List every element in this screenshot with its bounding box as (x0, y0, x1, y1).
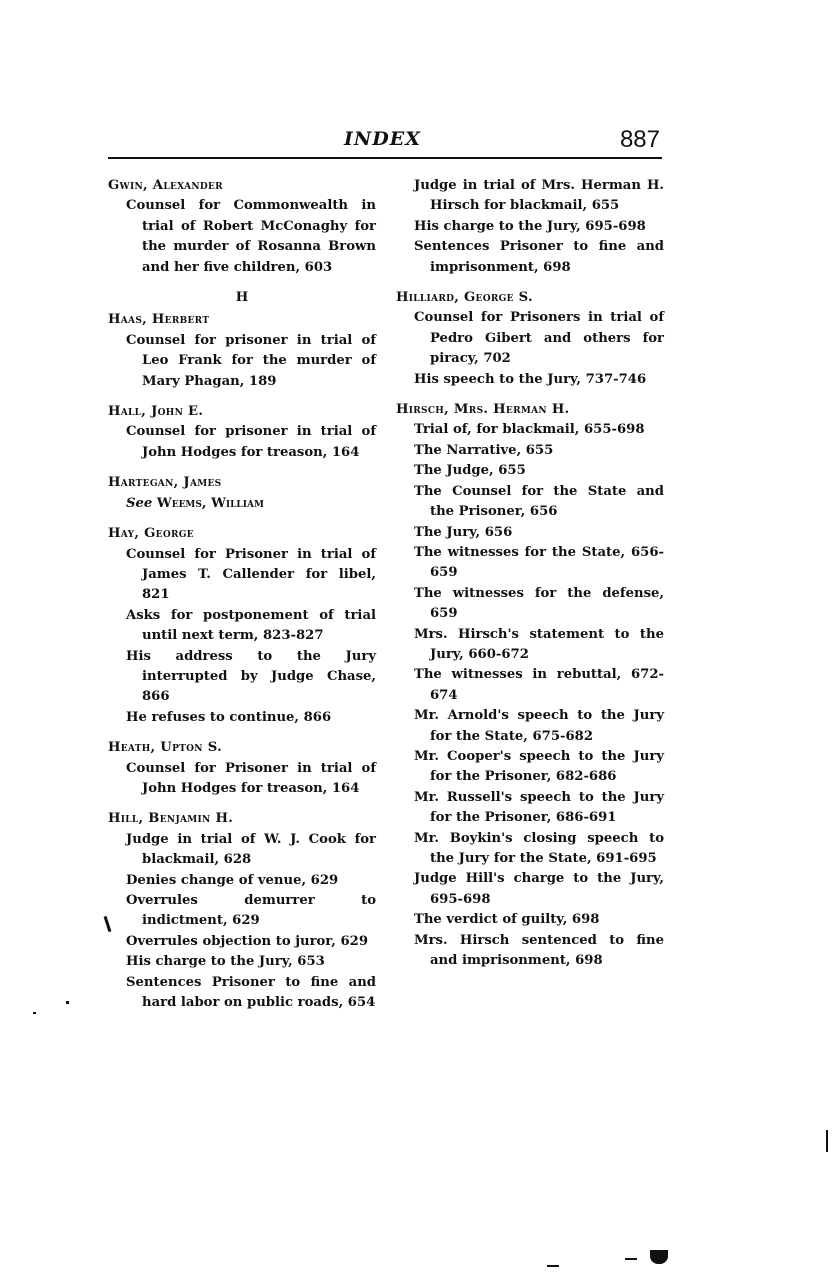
entry-subitem: Counsel for Prisoner in trial of John Ho… (108, 759, 376, 800)
entry-subitem: Judge in trial of W. J. Cook for blackma… (108, 830, 376, 871)
entry-subitem: The witnesses for the defense, 659 (396, 584, 664, 625)
see-label: See (126, 496, 152, 511)
entry-heading: Hirsch, Mrs. Herman H. (396, 400, 664, 420)
entry-heading: Heath, Upton S. (108, 738, 376, 758)
entry-subitem: His speech to the Jury, 737-746 (396, 370, 664, 390)
index-entry-hilliard: Hilliard, George S. Counsel for Prisoner… (396, 288, 664, 390)
header-rule (108, 157, 662, 159)
index-entry-heath: Heath, Upton S. Counsel for Prisoner in … (108, 738, 376, 799)
entry-heading: Hartegan, James (108, 473, 376, 493)
entry-subitem: Asks for postponement of trial until nex… (108, 606, 376, 647)
scan-speck (547, 1265, 559, 1267)
entry-subitem: Mrs. Hirsch sentenced to fine and impris… (396, 931, 664, 972)
entry-subitem: Counsel for Prisoners in trial of Pedro … (396, 308, 664, 369)
scan-speck (625, 1258, 637, 1260)
page-header: INDEX 887 (108, 128, 664, 158)
entry-subitem: Mr. Cooper's speech to the Jury for the … (396, 747, 664, 788)
entry-heading: Hay, George (108, 524, 376, 544)
entry-subitem: Counsel for prisoner in trial of John Ho… (108, 422, 376, 463)
cross-reference: See Weems, William (108, 494, 376, 514)
entry-heading: Gwin, Alexander (108, 176, 376, 196)
entry-subitem: Sentences Prisoner to fine and hard labo… (108, 973, 376, 1014)
index-entry-hall: Hall, John E. Counsel for prisoner in tr… (108, 402, 376, 463)
scan-blot (650, 1250, 668, 1264)
entry-subitem: Mr. Arnold's speech to the Jury for the … (396, 706, 664, 747)
entry-subitem: He refuses to continue, 866 (108, 708, 376, 728)
entry-subitem: Counsel for Prisoner in trial of James T… (108, 545, 376, 606)
index-entry-hill-continued: Judge in trial of Mrs. Herman H. Hirsch … (396, 176, 664, 278)
entry-subitem: Counsel for prisoner in trial of Leo Fra… (108, 331, 376, 392)
index-entry-hill: Hill, Benjamin H. Judge in trial of W. J… (108, 809, 376, 1013)
entry-subitem: His charge to the Jury, 695-698 (396, 217, 664, 237)
page-number: 887 (620, 126, 660, 154)
entry-subitem: Overrules demurrer to indictment, 629 (108, 891, 376, 932)
see-target: Weems, William (157, 496, 264, 511)
entry-subitem: The Jury, 656 (396, 523, 664, 543)
entry-heading: Haas, Herbert (108, 310, 376, 330)
entry-heading: Hilliard, George S. (396, 288, 664, 308)
scan-speck (66, 1001, 69, 1004)
entry-subitem: Sentences Prisoner to fine and imprisonm… (396, 237, 664, 278)
entry-subitem: The Counsel for the State and the Prison… (396, 482, 664, 523)
scan-speck (826, 1130, 828, 1152)
left-column: Gwin, Alexander Counsel for Commonwealth… (108, 176, 376, 1023)
entry-subitem: The verdict of guilty, 698 (396, 910, 664, 930)
index-entry-hay: Hay, George Counsel for Prisoner in tria… (108, 524, 376, 728)
entry-heading: Hall, John E. (108, 402, 376, 422)
scan-speck (33, 1012, 36, 1014)
entry-subitem: Judge in trial of Mrs. Herman H. Hirsch … (396, 176, 664, 217)
index-entry-hirsch: Hirsch, Mrs. Herman H. Trial of, for bla… (396, 400, 664, 971)
entry-subitem: His charge to the Jury, 653 (108, 952, 376, 972)
entry-subitem: The Judge, 655 (396, 461, 664, 481)
entry-subitem: Overrules objection to juror, 629 (108, 932, 376, 952)
page-title: INDEX (344, 128, 421, 150)
entry-subitem: Mr. Boykin's closing speech to the Jury … (396, 829, 664, 870)
entry-subitem: Counsel for Commonwealth in trial of Rob… (108, 196, 376, 278)
section-letter: H (108, 288, 376, 308)
entry-subitem: Denies change of venue, 629 (108, 871, 376, 891)
entry-subitem: The witnesses for the State, 656-659 (396, 543, 664, 584)
entry-subitem: His address to the Jury interrupted by J… (108, 647, 376, 708)
entry-heading: Hill, Benjamin H. (108, 809, 376, 829)
entry-subitem: Mr. Russell's speech to the Jury for the… (396, 788, 664, 829)
entry-subitem: Mrs. Hirsch's statement to the Jury, 660… (396, 625, 664, 666)
entry-subitem: The witnesses in rebuttal, 672-674 (396, 665, 664, 706)
index-entry-hartegan: Hartegan, James See Weems, William (108, 473, 376, 514)
entry-subitem: Trial of, for blackmail, 655-698 (396, 420, 664, 440)
right-column: Judge in trial of Mrs. Herman H. Hirsch … (396, 176, 664, 981)
index-entry-haas: Haas, Herbert Counsel for prisoner in tr… (108, 310, 376, 392)
entry-subitem: The Narrative, 655 (396, 441, 664, 461)
index-entry-gwin: Gwin, Alexander Counsel for Commonwealth… (108, 176, 376, 278)
entry-subitem: Judge Hill's charge to the Jury, 695-698 (396, 869, 664, 910)
